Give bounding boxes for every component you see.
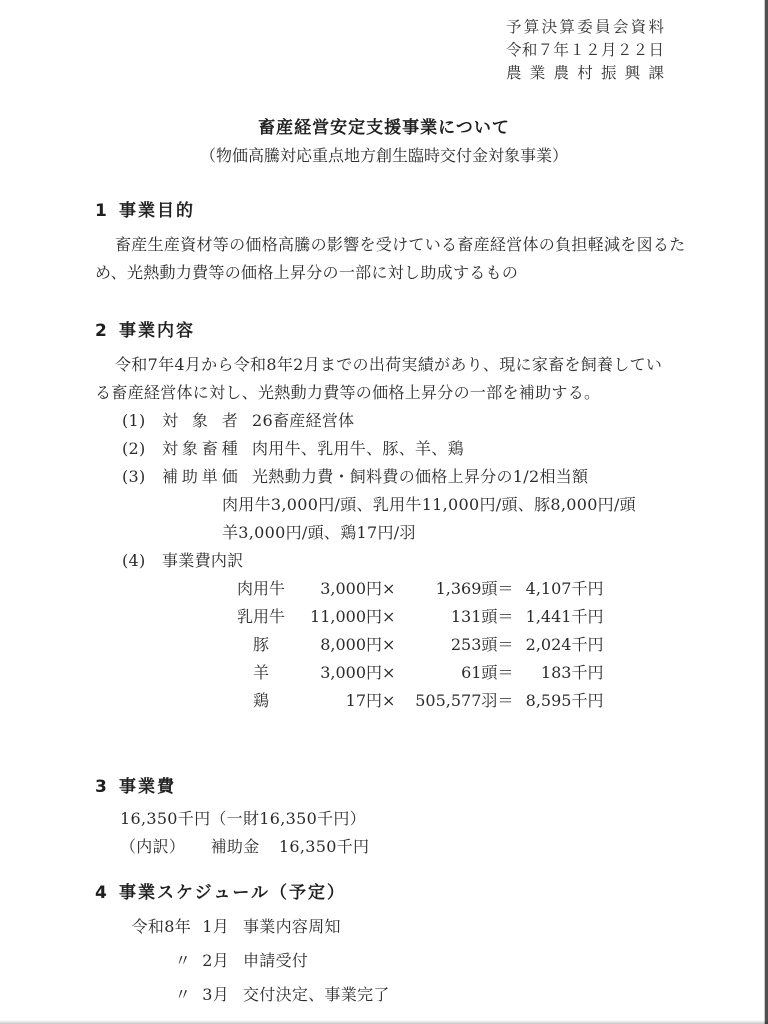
breakdown-row-pig: 豚 8,000 円× 253 頭 ＝ 2,024 千円 — [230, 631, 768, 659]
detail-value: 16,350千円 — [279, 837, 369, 856]
schedule-row-january: 令和8年 1月 事業内容周知 — [123, 913, 768, 941]
header-department: 農業農村振興課 — [506, 62, 664, 85]
schedule-row-march: 〃 3月 交付決定、事業完了 — [123, 981, 768, 1009]
breakdown-equals: ＝ — [497, 659, 513, 687]
breakdown-animal: 豚 — [230, 631, 292, 659]
breakdown-thousand-yen: 千円 — [571, 631, 603, 659]
breakdown-equals: ＝ — [497, 631, 513, 659]
breakdown-animal: 肉用牛 — [230, 575, 292, 603]
document-page: 予算決算委員会資料 令和７年１２月２２日 農業農村振興課 畜産経営安定支援事業に… — [0, 0, 768, 1024]
breakdown-count: 253 — [395, 631, 481, 659]
list-item-label: 対象畜種 — [162, 435, 238, 463]
section2-body-line1: 令和7年4月から令和8年2月までの出荷実績があり、現に家畜を飼養してい — [95, 351, 687, 379]
schedule-ditto-mark: 〃 — [123, 947, 191, 975]
list-item-label: 対象者 — [162, 407, 238, 435]
section3-number: 3 — [95, 775, 119, 799]
breakdown-price: 17 — [292, 687, 366, 715]
list-item-value: 26畜産経営体 — [252, 407, 354, 435]
list-item-value: 光熱動力費・飼料費の価格上昇分の1/2相当額 — [252, 463, 588, 491]
section2-body-line2: る畜産経営体に対し、光熱動力費等の価格上昇分の一部を補助する。 — [95, 379, 687, 407]
breakdown-thousand-yen: 千円 — [571, 659, 603, 687]
schedule-month: 3月 — [191, 981, 229, 1009]
breakdown-price: 8,000 — [292, 631, 366, 659]
breakdown-unit: 頭 — [481, 631, 497, 659]
breakdown-yen-times: 円× — [366, 687, 395, 715]
breakdown-yen-times: 円× — [366, 631, 395, 659]
breakdown-count: 505,577 — [395, 687, 481, 715]
breakdown-row-sheep: 羊 3,000 円× 61 頭 ＝ 183 千円 — [230, 659, 768, 687]
breakdown-unit: 頭 — [481, 603, 497, 631]
breakdown-equals: ＝ — [497, 603, 513, 631]
section1-heading: 1 事業目的 — [95, 199, 768, 223]
section1-number: 1 — [95, 199, 119, 223]
breakdown-amount: 4,107 — [513, 575, 571, 603]
list-item-label: 事業費内訳 — [162, 547, 244, 575]
document-subtitle: （物価高騰対応重点地方創生臨時交付金対象事業） — [0, 143, 768, 169]
list-item-number: (4) — [122, 547, 162, 575]
breakdown-yen-times: 円× — [366, 659, 395, 687]
list-item-number: (2) — [122, 435, 162, 463]
schedule-task: 事業内容周知 — [243, 913, 341, 941]
breakdown-amount: 2,024 — [513, 631, 571, 659]
list-item-livestock-types: (2) 対象畜種 肉用牛、乳用牛、豚、羊、鶏 — [122, 435, 768, 463]
detail-item: 補助金 — [211, 837, 260, 856]
breakdown-row-beef-cattle: 肉用牛 3,000 円× 1,369 頭 ＝ 4,107 千円 — [230, 575, 768, 603]
breakdown-animal: 鶏 — [230, 687, 292, 715]
breakdown-yen-times: 円× — [366, 603, 395, 631]
breakdown-amount: 183 — [513, 659, 571, 687]
list-item-number: (1) — [122, 407, 162, 435]
list-item-subsidy-unit-price: (3) 補助単価 光熱動力費・飼料費の価格上昇分の1/2相当額 — [122, 463, 768, 491]
section4-number: 4 — [95, 881, 119, 905]
breakdown-row-dairy-cattle: 乳用牛 11,000 円× 131 頭 ＝ 1,441 千円 — [230, 603, 768, 631]
detail-label: （内訳） — [120, 837, 185, 856]
schedule-task: 交付決定、事業完了 — [243, 981, 390, 1009]
breakdown-unit: 頭 — [481, 575, 497, 603]
breakdown-yen-times: 円× — [366, 575, 395, 603]
section1-title: 事業目的 — [119, 199, 195, 223]
breakdown-thousand-yen: 千円 — [571, 603, 603, 631]
breakdown-price: 3,000 — [292, 575, 366, 603]
breakdown-thousand-yen: 千円 — [571, 575, 603, 603]
breakdown-amount: 1,441 — [513, 603, 571, 631]
schedule-month: 2月 — [191, 947, 229, 975]
schedule-month: 1月 — [191, 913, 229, 941]
breakdown-equals: ＝ — [497, 575, 513, 603]
project-cost-total: 16,350千円（一財16,350千円） — [120, 805, 768, 833]
breakdown-price: 11,000 — [292, 603, 366, 631]
header-date: 令和７年１２月２２日 — [506, 39, 664, 62]
list-item-label: 補助単価 — [162, 463, 238, 491]
unit-price-detail-line2: 羊3,000円/頭、鶏17円/羽 — [222, 519, 768, 547]
section2-number: 2 — [95, 319, 119, 343]
breakdown-thousand-yen: 千円 — [571, 687, 603, 715]
list-item-cost-breakdown: (4) 事業費内訳 — [122, 547, 768, 575]
document-header: 予算決算委員会資料 令和７年１２月２２日 農業農村振興課 — [506, 16, 664, 85]
section2-heading: 2 事業内容 — [95, 319, 768, 343]
list-item-target: (1) 対象者 26畜産経営体 — [122, 407, 768, 435]
section1-body-line2: め、光熱動力費等の価格上昇分の一部に対し助成するもの — [95, 259, 687, 287]
schedule-ditto-mark: 〃 — [123, 981, 191, 1009]
section4-title: 事業スケジュール（予定） — [119, 881, 346, 905]
header-committee-label: 予算決算委員会資料 — [506, 16, 664, 39]
breakdown-animal: 羊 — [230, 659, 292, 687]
project-cost-detail: （内訳） 補助金 16,350千円 — [120, 833, 768, 861]
schedule-task: 申請受付 — [243, 947, 308, 975]
unit-price-detail-line1: 肉用牛3,000円/頭、乳用牛11,000円/頭、豚8,000円/頭 — [222, 491, 768, 519]
section4-heading: 4 事業スケジュール（予定） — [95, 881, 768, 905]
section2-title: 事業内容 — [119, 319, 195, 343]
breakdown-amount: 8,595 — [513, 687, 571, 715]
breakdown-animal: 乳用牛 — [230, 603, 292, 631]
list-item-number: (3) — [122, 463, 162, 491]
breakdown-unit: 羽 — [481, 687, 497, 715]
breakdown-row-chicken: 鶏 17 円× 505,577 羽 ＝ 8,595 千円 — [230, 687, 768, 715]
breakdown-count: 61 — [395, 659, 481, 687]
list-item-value: 肉用牛、乳用牛、豚、羊、鶏 — [252, 435, 464, 463]
breakdown-count: 1,369 — [395, 575, 481, 603]
schedule-row-february: 〃 2月 申請受付 — [123, 947, 768, 975]
scan-edge-bottom — [0, 1020, 768, 1024]
breakdown-price: 3,000 — [292, 659, 366, 687]
section3-title: 事業費 — [119, 775, 176, 799]
section3-heading: 3 事業費 — [95, 775, 768, 799]
breakdown-count: 131 — [395, 603, 481, 631]
document-title: 畜産経営安定支援事業について — [0, 115, 768, 141]
breakdown-unit: 頭 — [481, 659, 497, 687]
section1-body-line1: 畜産生産資材等の価格高騰の影響を受けている畜産経営体の負担軽減を図るた — [95, 231, 687, 259]
breakdown-equals: ＝ — [497, 687, 513, 715]
schedule-era: 令和8年 — [123, 913, 191, 941]
